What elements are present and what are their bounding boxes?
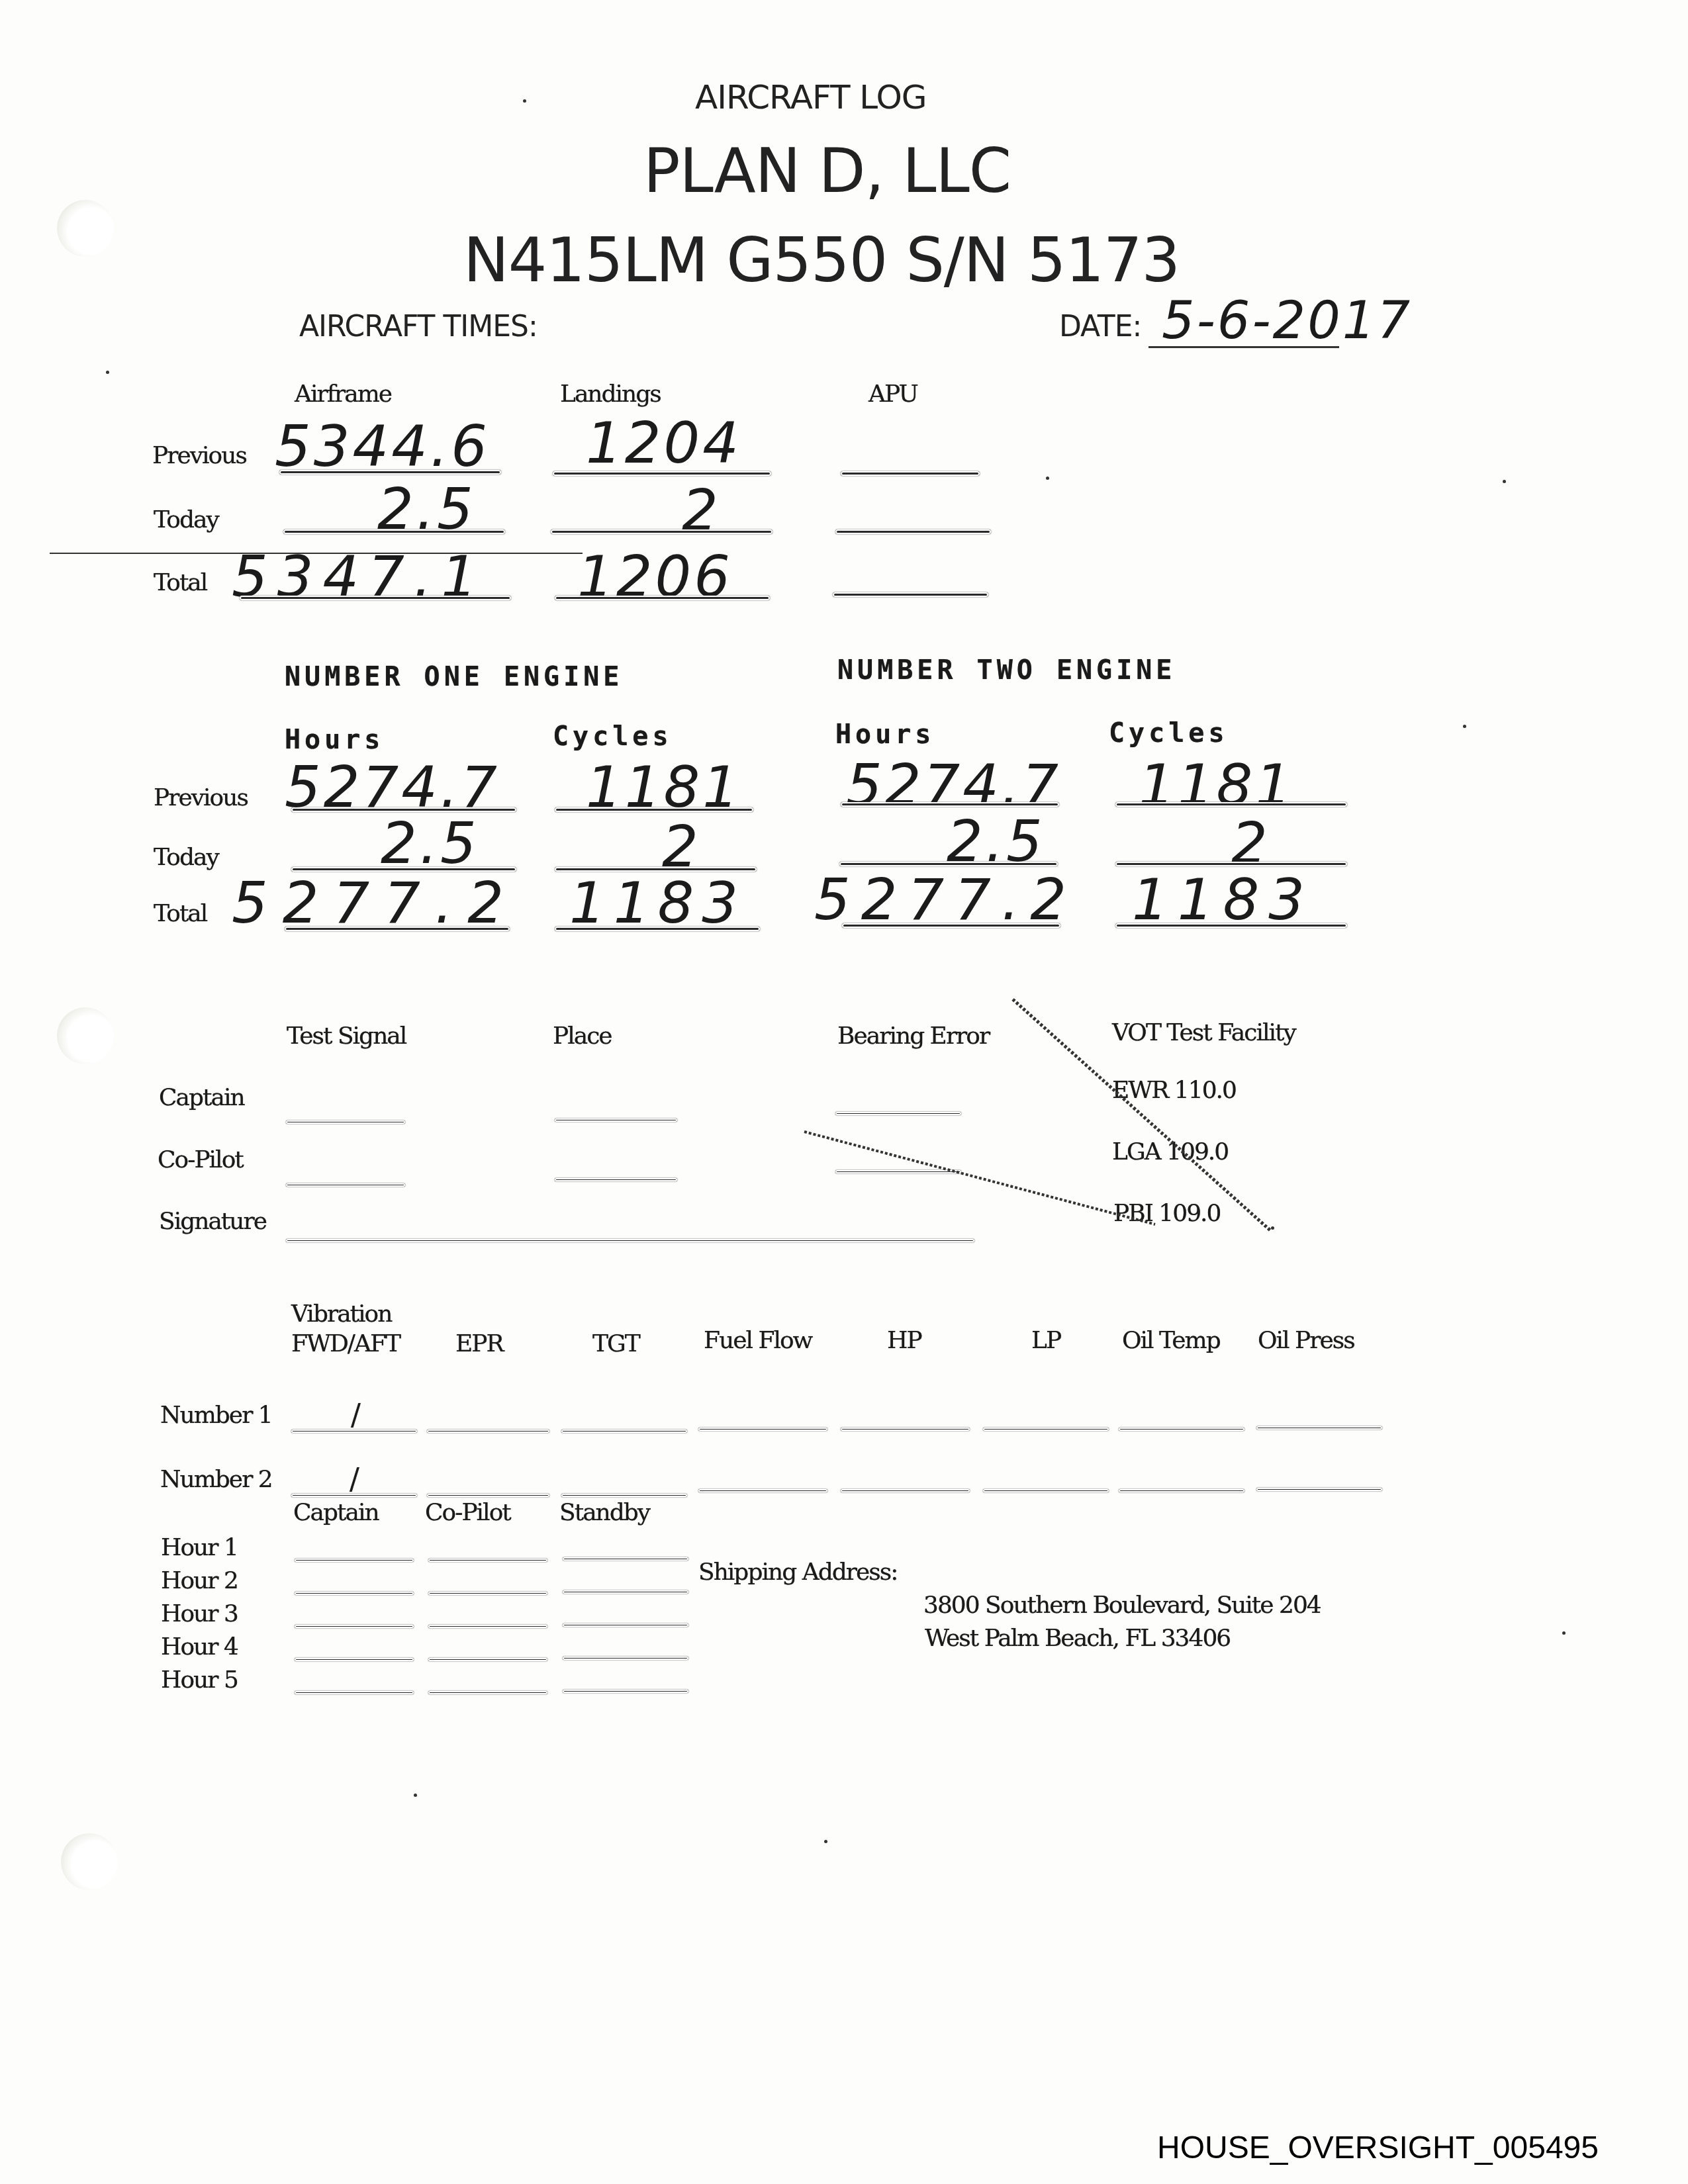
col-oil-press: Oil Press xyxy=(1258,1327,1354,1354)
n2-oilpress-line xyxy=(1256,1488,1382,1491)
hole-punch-top xyxy=(57,200,114,257)
col-place: Place xyxy=(553,1023,612,1050)
col-apu: APU xyxy=(868,381,917,408)
n2-epr-line xyxy=(427,1494,549,1497)
param-row-number2-label: Number 2 xyxy=(160,1466,272,1493)
hour-4-label: Hour 4 xyxy=(161,1633,238,1661)
scan-speck xyxy=(1463,725,1466,728)
e1-col-cycles: Cycles xyxy=(553,721,673,752)
col-oil-temp: Oil Temp xyxy=(1122,1327,1220,1354)
scan-speck xyxy=(1046,477,1049,480)
n2-lp-line xyxy=(983,1489,1109,1492)
vot-ewr: EWR 110.0 xyxy=(1112,1077,1236,1104)
col-tgt: TGT xyxy=(592,1330,639,1357)
col-vibration: Vibration xyxy=(291,1300,391,1328)
n2-fuel-line xyxy=(698,1489,827,1492)
scan-speck xyxy=(523,99,526,103)
h5-captain xyxy=(295,1691,414,1694)
col-test-signal: Test Signal xyxy=(287,1023,406,1050)
e1-hours-total-line xyxy=(285,927,510,931)
landings-total[interactable]: 1206 xyxy=(577,544,733,610)
h4-standby xyxy=(563,1657,688,1660)
e2-col-cycles: Cycles xyxy=(1109,718,1229,749)
col-lp: LP xyxy=(1031,1327,1060,1354)
h2-copilot xyxy=(428,1592,547,1595)
e2-hours-today-line xyxy=(839,862,1058,866)
captain-place-line xyxy=(555,1118,677,1122)
n1-oiltemp-line xyxy=(1119,1428,1244,1431)
vor-row-captain-label: Captain xyxy=(159,1084,244,1111)
col-fuel-flow: Fuel Flow xyxy=(704,1327,812,1354)
e2-col-hours: Hours xyxy=(835,719,935,750)
apu-previous-line xyxy=(841,471,980,476)
eng-row-previous-label: Previous xyxy=(154,784,248,811)
captain-test-signal-line xyxy=(286,1120,405,1124)
log-title: AIRCRAFT LOG xyxy=(695,78,927,116)
e2-cycles-previous[interactable]: 1181 xyxy=(1139,752,1294,819)
airframe-today-line xyxy=(283,529,505,534)
engine-two-title: NUMBER TWO ENGINE xyxy=(837,655,1176,686)
hours-col-copilot: Co-Pilot xyxy=(425,1499,510,1526)
number1-vibration[interactable]: / xyxy=(351,1398,359,1432)
aircraft-id: N415LM G550 S/N 5173 xyxy=(463,225,1180,296)
h2-standby xyxy=(563,1590,688,1594)
landings-previous[interactable]: 1204 xyxy=(586,410,741,477)
e2-hours-previous-line xyxy=(841,802,1059,807)
hole-punch-middle xyxy=(57,1007,114,1064)
n1-lp-line xyxy=(983,1428,1109,1431)
n2-vib-line xyxy=(291,1494,417,1497)
h1-copilot xyxy=(428,1559,547,1562)
number2-vibration[interactable]: / xyxy=(350,1463,358,1496)
landings-previous-line xyxy=(553,471,771,476)
n2-hp-line xyxy=(841,1489,970,1492)
col-landings: Landings xyxy=(560,381,661,408)
hours-col-standby: Standby xyxy=(559,1499,649,1526)
n2-tgt-line xyxy=(561,1494,687,1497)
h1-standby xyxy=(563,1557,688,1561)
n1-epr-line xyxy=(427,1430,549,1433)
shipping-line-1: 3800 Southern Boulevard, Suite 204 xyxy=(923,1592,1321,1619)
engine-one-title: NUMBER ONE ENGINE xyxy=(285,662,623,692)
e1-col-hours: Hours xyxy=(285,725,384,755)
n1-fuel-line xyxy=(698,1428,827,1431)
h4-copilot xyxy=(428,1658,547,1661)
param-row-number1-label: Number 1 xyxy=(160,1402,272,1429)
shipping-label: Shipping Address: xyxy=(698,1559,897,1586)
landings-today-line xyxy=(551,529,773,534)
col-vot-facility: VOT Test Facility xyxy=(1112,1019,1295,1046)
h1-captain xyxy=(295,1559,414,1562)
scan-speck xyxy=(1271,1226,1274,1230)
e2-cycles-previous-line xyxy=(1115,802,1347,807)
landings-total-line xyxy=(555,596,770,600)
hole-punch-bottom xyxy=(61,1833,118,1890)
date-underline xyxy=(1149,346,1339,348)
col-fwd-aft: FWD/AFT xyxy=(291,1330,400,1357)
aircraft-times-label: AIRCRAFT TIMES: xyxy=(299,310,538,343)
e1-cycles-previous-line xyxy=(555,807,753,812)
airframe-total-line xyxy=(240,596,511,600)
vot-pbi: PBI 109.0 xyxy=(1113,1200,1220,1227)
n2-oiltemp-line xyxy=(1119,1489,1244,1492)
col-epr: EPR xyxy=(455,1330,503,1357)
eng-row-today-label: Today xyxy=(154,844,218,871)
n1-hp-line xyxy=(841,1428,970,1431)
h3-captain xyxy=(295,1625,414,1628)
eng-row-total-label: Total xyxy=(154,900,207,927)
landings-today[interactable]: 2 xyxy=(682,478,721,544)
scan-speck xyxy=(106,371,109,374)
hour-2-label: Hour 2 xyxy=(161,1567,238,1594)
date-value[interactable]: 5-6-2017 xyxy=(1162,291,1412,351)
date-label: DATE: xyxy=(1059,310,1141,343)
row-previous-label: Previous xyxy=(152,442,246,469)
hour-1-label: Hour 1 xyxy=(161,1534,238,1561)
n1-vib-line xyxy=(291,1430,417,1433)
h3-copilot xyxy=(428,1625,547,1628)
row-today-label: Today xyxy=(154,506,218,533)
col-bearing-error: Bearing Error xyxy=(837,1023,989,1050)
h2-captain xyxy=(295,1592,414,1595)
apu-today-line xyxy=(835,529,991,534)
col-airframe: Airframe xyxy=(295,381,391,408)
copilot-bearing-line xyxy=(835,1170,961,1173)
vot-lga: LGA 109.0 xyxy=(1112,1138,1228,1165)
hour-3-label: Hour 3 xyxy=(161,1600,238,1627)
strike-through-marks xyxy=(0,0,1688,2184)
e2-cycles-today-line xyxy=(1115,862,1347,866)
airframe-total[interactable]: 5347.1 xyxy=(232,544,487,610)
apu-total-line xyxy=(833,592,988,597)
scan-speck xyxy=(414,1794,417,1797)
shipping-line-2: West Palm Beach, FL 33406 xyxy=(925,1625,1230,1652)
e2-hours-total-line xyxy=(842,923,1060,928)
row-total-label: Total xyxy=(154,569,207,596)
n1-tgt-line xyxy=(561,1430,687,1433)
e2-cycles-total-line xyxy=(1115,923,1347,928)
hour-5-label: Hour 5 xyxy=(161,1666,238,1694)
scan-speck xyxy=(1562,1631,1566,1635)
e1-cycles-total-line xyxy=(555,927,760,931)
col-hp: HP xyxy=(887,1327,921,1354)
scan-speck xyxy=(824,1840,827,1843)
h4-captain xyxy=(295,1658,414,1661)
vor-row-copilot-label: Co-Pilot xyxy=(158,1146,243,1173)
vor-row-signature-label: Signature xyxy=(159,1208,266,1235)
n1-oilpress-line xyxy=(1256,1426,1382,1430)
scan-speck xyxy=(1503,480,1506,483)
signature-line xyxy=(286,1239,974,1242)
aircraft-log-page: AIRCRAFT LOG PLAN D, LLC N415LM G550 S/N… xyxy=(0,0,1688,2184)
company-name: PLAN D, LLC xyxy=(643,136,1011,206)
copilot-test-signal-line xyxy=(286,1183,405,1187)
copilot-place-line xyxy=(555,1178,677,1181)
bates-number: HOUSE_OVERSIGHT_005495 xyxy=(1157,2130,1599,2166)
h5-standby xyxy=(563,1690,688,1693)
captain-bearing-line xyxy=(835,1112,961,1115)
h5-copilot xyxy=(428,1691,547,1694)
h3-standby xyxy=(563,1623,688,1627)
hours-col-captain: Captain xyxy=(293,1499,379,1526)
airframe-previous-line xyxy=(279,470,501,475)
